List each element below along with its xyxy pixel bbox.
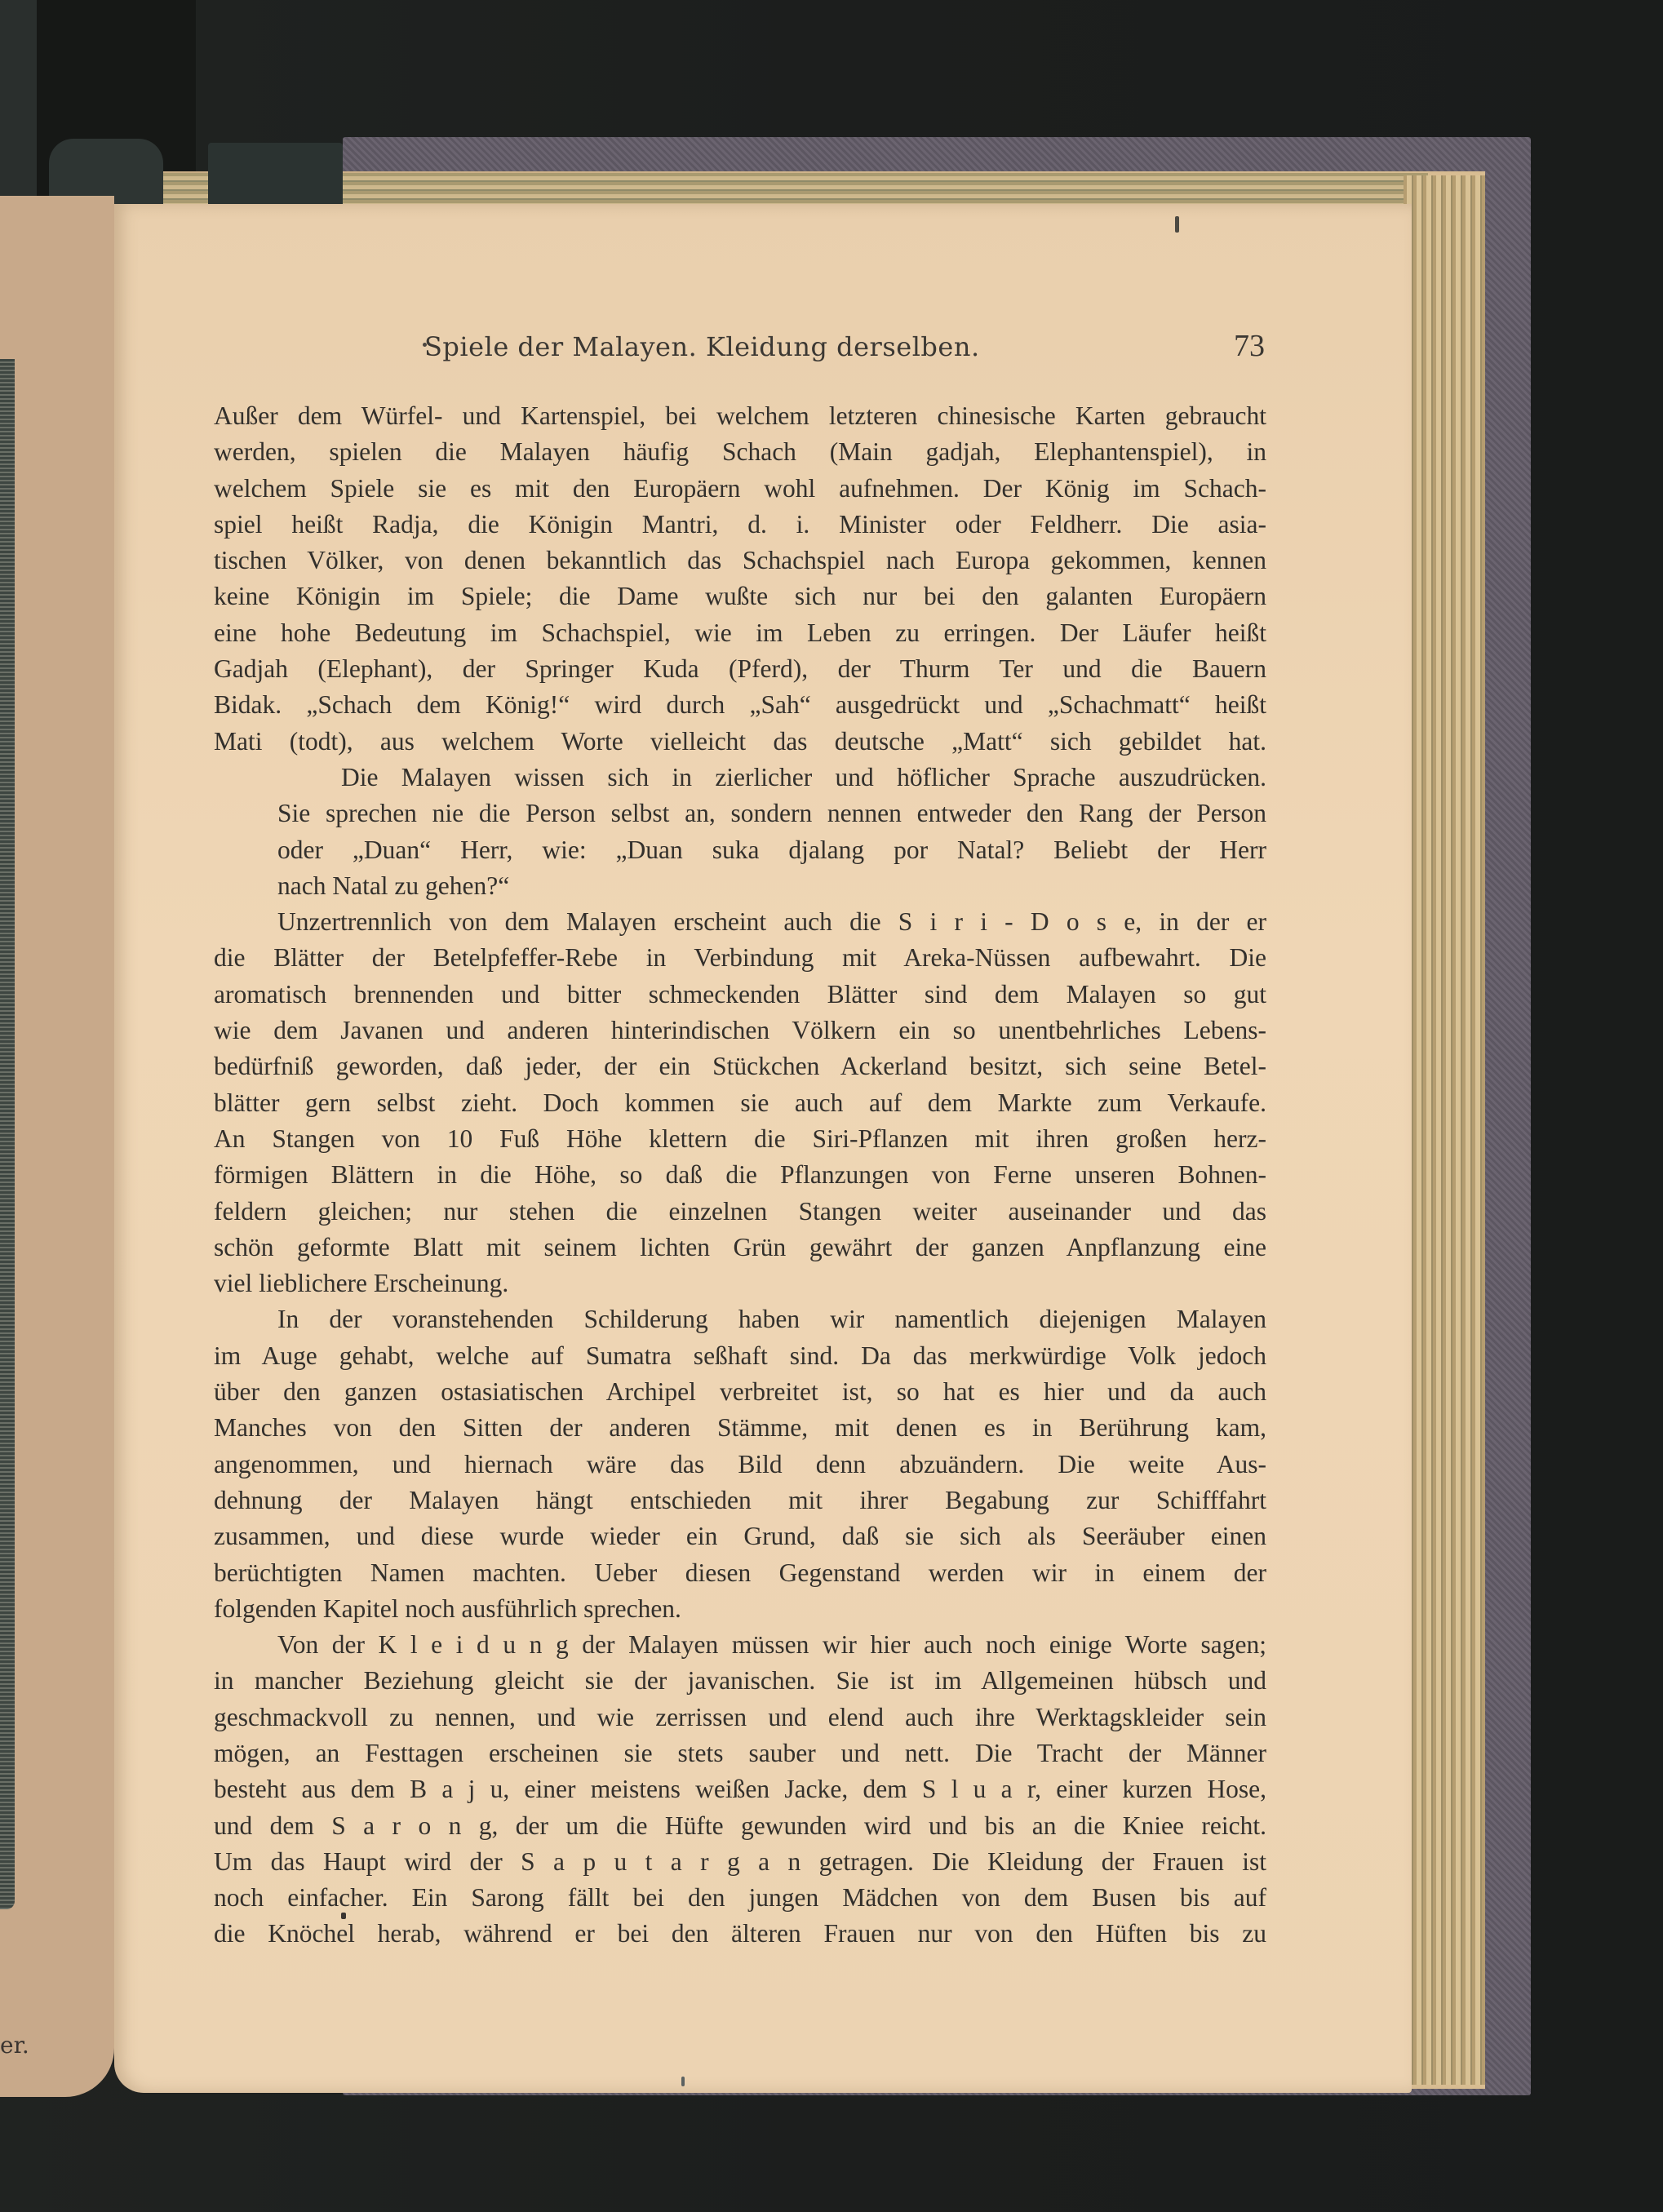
text-line: nach Natal zu gehen?“ xyxy=(214,868,1266,904)
text-line: im Auge gehabt, welche auf Sumatra seßha… xyxy=(214,1338,1266,1374)
text-line: die Knöchel herab, während er bei den äl… xyxy=(214,1916,1266,1952)
text-line: besteht aus dem B a j u, einer meistens … xyxy=(214,1771,1266,1807)
text-line: viel lieblichere Erscheinung. xyxy=(214,1266,1266,1301)
text-line: tischen Völker, von denen bekanntlich da… xyxy=(214,543,1266,578)
text-line: In der voranstehenden Schilderung haben … xyxy=(214,1301,1266,1337)
engraving-illustration-edge xyxy=(0,359,15,1909)
text-line: berüchtigten Namen machten. Ueber diesen… xyxy=(214,1555,1266,1591)
text-line: mögen, an Festtagen erscheinen sie stets… xyxy=(214,1735,1266,1771)
text-line: aromatisch brennenden und bitter schmeck… xyxy=(214,977,1266,1013)
text-line: zusammen, und diese wurde wieder ein Gru… xyxy=(214,1518,1266,1554)
text-line: folgenden Kapitel noch ausführlich sprec… xyxy=(214,1591,1266,1627)
text-line: blätter gern selbst zieht. Doch kommen s… xyxy=(214,1085,1266,1121)
text-line: angenommen, und hiernach wäre das Bild d… xyxy=(214,1447,1266,1483)
text-line: noch einfacher. Ein Sarong fällt bei den… xyxy=(214,1880,1266,1916)
text-line: feldern gleichen; nur stehen die einzeln… xyxy=(214,1194,1266,1230)
paragraph: Unzertrennlich von dem Malayen erscheint… xyxy=(214,904,1266,1301)
paper-speck xyxy=(1175,216,1179,233)
text-line: Mati (todt), aus welchem Worte vielleich… xyxy=(214,724,1266,760)
text-line: bedürfniß geworden, daß jeder, der ein S… xyxy=(214,1048,1266,1084)
running-title: Spiele der Malayen. Kleidung derselben. xyxy=(424,331,980,362)
text-line: oder „Duan“ Herr, wie: „Duan suka djalan… xyxy=(214,832,1266,868)
text-line: eine hohe Bedeutung im Schachspiel, wie … xyxy=(214,615,1266,651)
text-line: Sie sprechen nie die Person selbst an, s… xyxy=(214,796,1266,831)
text-line: Außer dem Würfel- und Kartenspiel, bei w… xyxy=(214,398,1266,434)
text-line: An Stangen von 10 Fuß Höhe klettern die … xyxy=(214,1121,1266,1157)
text-line: Unzertrennlich von dem Malayen erscheint… xyxy=(214,904,1266,940)
paragraph: Von der K l e i d u n g der Malayen müss… xyxy=(214,1627,1266,1953)
text-line: Von der K l e i d u n g der Malayen müss… xyxy=(214,1627,1266,1663)
text-line: Bidak. „Schach dem König!“ wird durch „S… xyxy=(214,687,1266,723)
text-line: über den ganzen ostasiatischen Archipel … xyxy=(214,1374,1266,1410)
text-line: Die Malayen wissen sich in zierlicher un… xyxy=(214,760,1266,796)
text-line: Manches von den Sitten der anderen Stämm… xyxy=(214,1410,1266,1446)
text-line: Gadjah (Elephant), der Springer Kuda (Pf… xyxy=(214,651,1266,687)
text-line: keine Königin im Spiele; die Dame wußte … xyxy=(214,578,1266,614)
text-line: werden, spielen die Malayen häufig Schac… xyxy=(214,434,1266,470)
text-line: geschmackvoll zu nennen, und wie zerriss… xyxy=(214,1700,1266,1735)
paragraph: Außer dem Würfel- und Kartenspiel, bei w… xyxy=(214,398,1266,760)
printer-dot xyxy=(423,343,427,347)
body-text: Außer dem Würfel- und Kartenspiel, bei w… xyxy=(214,398,1266,1953)
facing-page-text-fragment: er. xyxy=(0,2032,29,2059)
printer-mark xyxy=(341,1913,346,1919)
text-line: schön geformte Blatt mit seinem lichten … xyxy=(214,1230,1266,1266)
text-line: spiel heißt Radja, die Königin Mantri, d… xyxy=(214,507,1266,543)
text-line: und dem S a r o n g, der um die Hüfte ge… xyxy=(214,1808,1266,1844)
text-line: dehnung der Malayen hängt entschieden mi… xyxy=(214,1483,1266,1518)
text-line: in mancher Beziehung gleicht sie der jav… xyxy=(214,1663,1266,1699)
text-line: wie dem Javanen und anderen hinterindisc… xyxy=(214,1013,1266,1048)
text-line: welchem Spiele sie es mit den Europäern … xyxy=(214,471,1266,507)
facing-page-left xyxy=(0,196,114,2097)
page-number: 73 xyxy=(1234,328,1265,364)
running-head: Spiele der Malayen. Kleidung derselben. … xyxy=(424,328,1265,364)
text-line: förmigen Blättern in die Höhe, so daß di… xyxy=(214,1157,1266,1193)
fore-edge-pages xyxy=(1404,175,1485,2085)
paragraph: Die Malayen wissen sich in zierlicher un… xyxy=(214,760,1266,904)
text-line: die Blätter der Betelpfeffer-Rebe in Ver… xyxy=(214,940,1266,976)
text-line: Um das Haupt wird der S a p u t a r g a … xyxy=(214,1844,1266,1880)
paragraph: In der voranstehenden Schilderung haben … xyxy=(214,1301,1266,1627)
paper-speck xyxy=(681,2077,685,2086)
